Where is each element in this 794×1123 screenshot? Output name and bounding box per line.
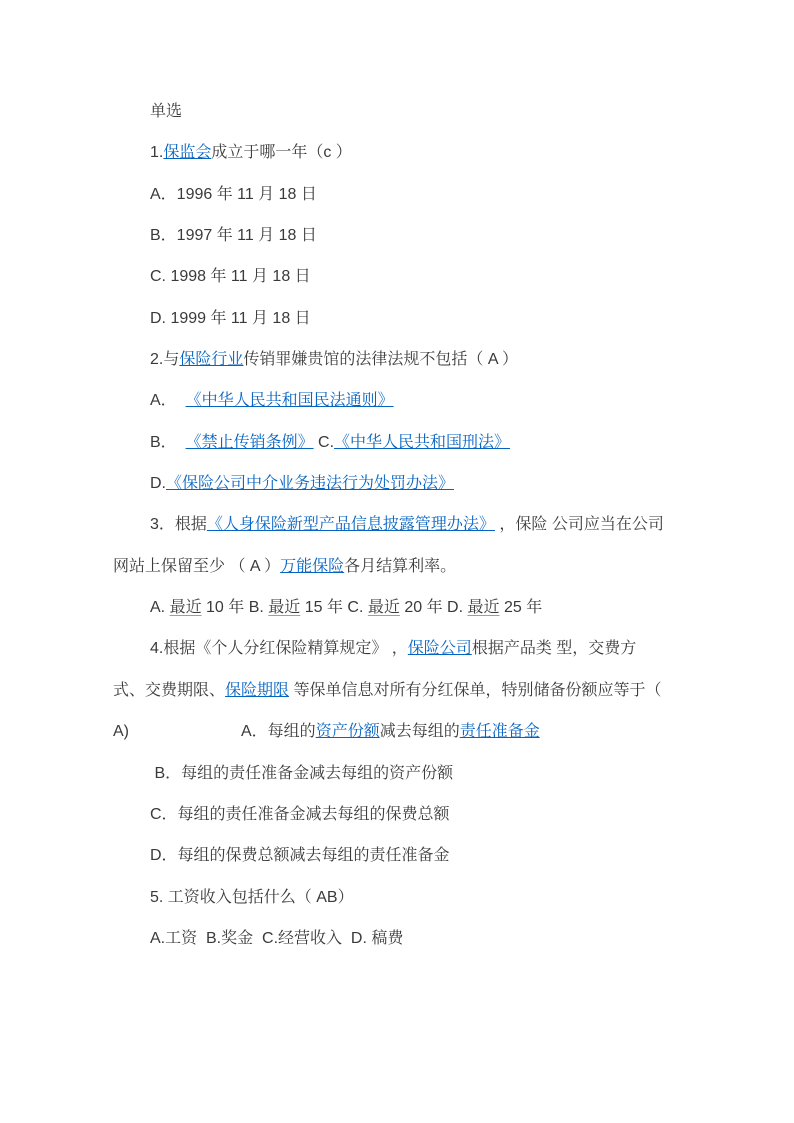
text-run: C．每组的责任准备金减去每组的保费总额 <box>150 806 450 823</box>
option-1-a: A．1996 年 11 月 18 日 <box>113 174 694 215</box>
text-run: A. <box>150 599 170 616</box>
text-run: 20 年 D. <box>400 599 468 616</box>
question-4-line-2: 式、交费期限、保险期限 等保单信息对所有分红保单，特别储备份额应等于（ <box>113 670 694 711</box>
text-run: A) A．每组的 <box>113 723 316 740</box>
underlined-text: 最近 <box>268 599 300 616</box>
text-run: 1. <box>150 144 163 161</box>
text-run: C. 1998 年 11 月 18 日 <box>150 268 311 285</box>
hyperlink[interactable]: 保险公司 <box>408 640 472 657</box>
text-run: 传销罪嫌贵馆的法律法规不包括（ A ） <box>243 351 518 368</box>
document-page: 单选1.保监会成立于哪一年（c ）A．1996 年 11 月 18 日B．199… <box>0 0 794 1123</box>
option-1-d: D. 1999 年 11 月 18 日 <box>113 298 694 339</box>
text-run: 3．根据 <box>150 516 207 533</box>
text-run: 2.与 <box>150 351 179 368</box>
hyperlink[interactable]: 《保险公司中介业务违法行为处罚办法》 <box>166 475 454 492</box>
hyperlink[interactable]: 责任准备金 <box>460 723 540 740</box>
text-run: B．每组的责任准备金减去每组的资产份额 <box>150 765 453 782</box>
text-run: B．1997 年 11 月 18 日 <box>150 227 317 244</box>
text-run: ，保险 公司应当在公司 <box>495 516 664 533</box>
text-run: D. <box>150 475 166 492</box>
question-3-line-2: 网站上保留至少 （ A ）万能保险各月结算利率。 <box>113 546 694 587</box>
question-4-line-1: 4.根据《个人分红保险精算规定》 ，保险公司根据产品类 型，交费方 <box>113 628 694 669</box>
text-run: D. 1999 年 11 月 18 日 <box>150 310 311 327</box>
hyperlink[interactable]: 《人身保险新型产品信息披露管理办法》 <box>207 516 495 533</box>
text-run: 4.根据《个人分红保险精算规定》 ， <box>150 640 408 657</box>
hyperlink[interactable]: 万能保险 <box>280 558 344 575</box>
hyperlink[interactable]: 保险行业 <box>179 351 243 368</box>
text-run: 网站上保留至少 （ A ） <box>113 558 280 575</box>
text-run: D．每组的保费总额减去每组的责任准备金 <box>150 847 450 864</box>
option-3-row: A. 最近 10 年 B. 最近 15 年 C. 最近 20 年 D. 最近 2… <box>113 587 694 628</box>
text-run: A．1996 年 11 月 18 日 <box>150 186 317 203</box>
underlined-text: 最近 <box>468 599 500 616</box>
option-4-c: C．每组的责任准备金减去每组的保费总额 <box>113 794 694 835</box>
question-2: 2.与保险行业传销罪嫌贵馆的法律法规不包括（ A ） <box>113 339 694 380</box>
option-2-bc: B． 《禁止传销条例》 C.《中华人民共和国刑法》 <box>113 422 694 463</box>
underlined-text: 最近 <box>368 599 400 616</box>
text-run: 15 年 C. <box>300 599 368 616</box>
underlined-text: 最近 <box>170 599 202 616</box>
text-run: 10 年 B. <box>202 599 269 616</box>
option-5-row: A.工资 B.奖金 C.经营收入 D. 稿费 <box>113 918 694 959</box>
text-run: 式、交费期限、 <box>113 682 225 699</box>
text-run: C. <box>314 434 334 451</box>
option-1-c: C. 1998 年 11 月 18 日 <box>113 256 694 297</box>
text-run: 等保单信息对所有分红保单，特别储备份额应等于（ <box>289 682 661 699</box>
hyperlink[interactable]: 资产份额 <box>316 723 380 740</box>
text-run: 5. 工资收入包括什么（ AB） <box>150 889 354 906</box>
option-4-d: D．每组的保费总额减去每组的责任准备金 <box>113 835 694 876</box>
question-4-answer-and-option-a: A) A．每组的资产份额减去每组的责任准备金 <box>113 711 694 752</box>
hyperlink[interactable]: 《中华人民共和国刑法》 <box>334 434 510 451</box>
hyperlink[interactable]: 《中华人民共和国民法通则》 <box>186 392 394 409</box>
option-4-b: B．每组的责任准备金减去每组的资产份额 <box>113 753 694 794</box>
text-run: 成立于哪一年（c ） <box>211 144 351 161</box>
text-run: A.工资 B.奖金 C.经营收入 D. 稿费 <box>150 930 403 947</box>
section-heading: 单选 <box>113 91 694 132</box>
text-run: 各月结算利率。 <box>344 558 456 575</box>
question-5: 5. 工资收入包括什么（ AB） <box>113 877 694 918</box>
text-run: A． <box>150 392 186 409</box>
option-2-a: A． 《中华人民共和国民法通则》 <box>113 380 694 421</box>
hyperlink[interactable]: 《禁止传销条例》 <box>186 434 314 451</box>
document-content: 单选1.保监会成立于哪一年（c ）A．1996 年 11 月 18 日B．199… <box>0 0 794 959</box>
option-2-d: D.《保险公司中介业务违法行为处罚办法》 <box>113 463 694 504</box>
text-run: 25 年 <box>500 599 543 616</box>
question-1: 1.保监会成立于哪一年（c ） <box>113 132 694 173</box>
hyperlink[interactable]: 保险期限 <box>225 682 289 699</box>
text-run: B． <box>150 434 186 451</box>
text-run: 根据产品类 型，交费方 <box>472 640 636 657</box>
question-3-line-1: 3．根据《人身保险新型产品信息披露管理办法》 ，保险 公司应当在公司 <box>113 504 694 545</box>
hyperlink[interactable]: 保监会 <box>163 144 211 161</box>
text-run: 单选 <box>150 103 182 120</box>
text-run: 减去每组的 <box>380 723 460 740</box>
option-1-b: B．1997 年 11 月 18 日 <box>113 215 694 256</box>
